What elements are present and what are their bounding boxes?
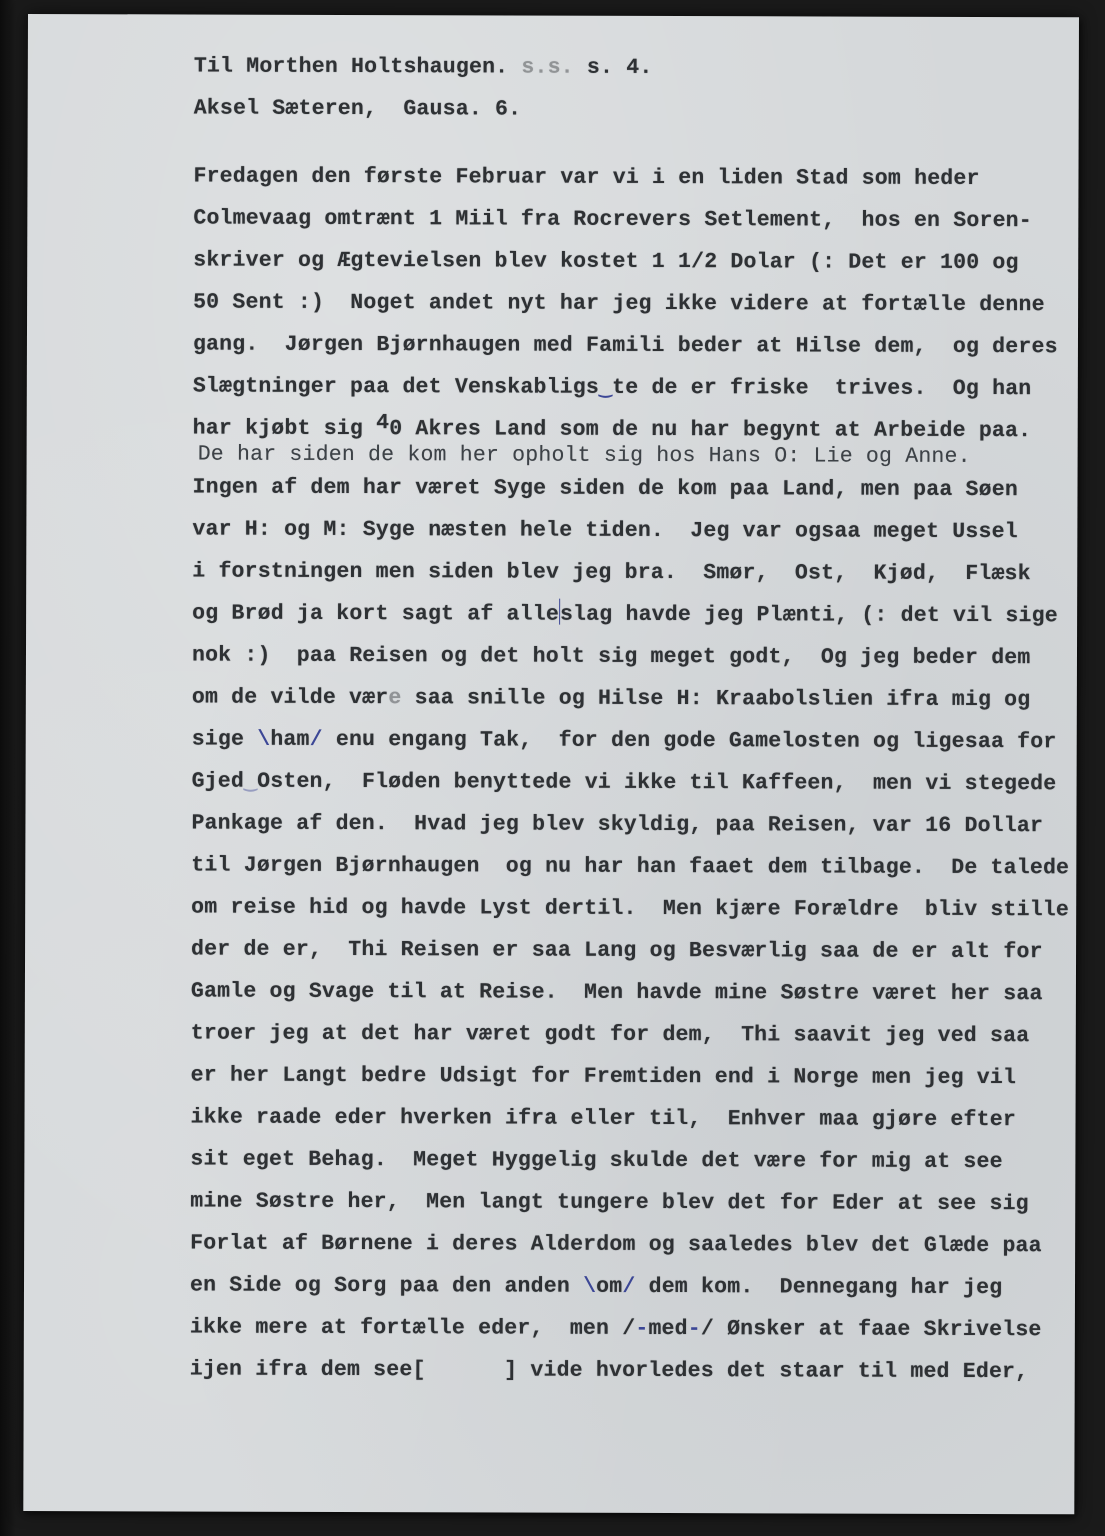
letter-page: Til Morthen Holtshaugen. s.s. s. 4.Aksel… [23,14,1079,1514]
text-segment: en Side og Sorg paa den anden [190,1274,583,1299]
text-segment: te de er friske trives. Og han [612,376,1031,401]
text-segment: De har siden de kom her opholt sig hos H… [185,442,971,468]
text-segment: saa snille og Hilse H: Kraabolslien ifra… [401,686,1030,712]
text-segment: Osten, Fløden benyttede vi ikke til Kaff… [257,770,1056,797]
text-line: sit eget Behag. Meget Hyggelig skulde de… [190,1139,1049,1184]
text-segment: 50 Sent :) Noget andet nyt har jeg ikke … [193,291,1045,318]
text-segment: e [388,686,401,710]
text-segment: der de er, Thi Reisen er saa Lang og Bes… [191,938,1043,965]
text-segment: Pankage af den. Hvad jeg blev skyldig, p… [191,812,1043,839]
ink-annotation: - [635,1317,648,1341]
text-segment: / Ønsker at faae Skrivelse [701,1317,1042,1342]
text-line: mine Søstre her, Men langt tungere blev … [190,1181,1049,1226]
text-segment: i forstningen men siden blev jeg bra. Sm… [192,560,1031,587]
text-segment: Forlat af Børnene i deres Alderdom og sa… [190,1232,1042,1259]
text-line: sige \ham/ enu engang Tak, for den gode … [192,719,1051,764]
ink-annotation: \ [257,728,270,752]
text-line: Aksel Sæteren, Gausa. 6. [194,88,1053,133]
text-line: ijen ifra dem see[ ] vide hvorledes det … [190,1349,1049,1394]
text-line: i forstningen men siden blev jeg bra. Sm… [192,551,1051,596]
text-segment: om [596,1275,622,1299]
text-segment: Gjed [192,770,244,794]
text-segment: troer jeg at det har været godt for dem,… [191,1022,1030,1049]
text-line: Gjed‿Osten, Fløden benyttede vi ikke til… [192,761,1051,806]
ink-annotation: - [688,1317,701,1341]
text-segment: Ingen af dem har været Syge siden de kom… [192,476,1018,503]
text-segment: med [648,1317,687,1341]
text-segment: mine Søstre her, Men langt tungere blev … [190,1190,1029,1217]
text-segment: ham [270,728,309,752]
text-segment: nok :) paa Reisen og det holt sig meget … [192,644,1031,671]
text-segment: til Jørgen Bjørnhaugen og nu har han faa… [191,854,1069,881]
text-line: ikke mere at fortælle eder, men /-med-/ … [190,1307,1049,1352]
text-segment: gang. Jørgen Bjørnhaugen med Famili bede… [193,333,1058,360]
text-line: Slægtninger paa det Venskabligs‿te de er… [193,366,1052,411]
text-line: 50 Sent :) Noget andet nyt har jeg ikke … [193,282,1052,327]
text-segment: enu engang Tak, for den gode Gamelosten … [323,728,1057,754]
text-line: Ingen af dem har været Syge siden de kom… [192,467,1051,512]
text-segment: dem kom. Dennegang har jeg [635,1275,1002,1300]
ink-annotation: ‿ [599,376,612,400]
text-segment: om reise hid og havde Lyst dertil. Men k… [191,896,1069,923]
letter-body: Til Morthen Holtshaugen. s.s. s. 4.Aksel… [190,46,1053,1394]
text-line: Colmevaag omtrænt 1 Miil fra Rocrevers S… [193,198,1052,243]
text-segment: ikke mere at fortælle eder, men / [190,1316,636,1341]
text-line: troer jeg at det har været godt for dem,… [191,1013,1050,1058]
text-segment: og Brød ja kort sagt af alle [192,602,559,627]
text-line: Til Morthen Holtshaugen. s.s. s. 4. [194,46,1053,91]
ink-annotation: ‿ [244,770,257,794]
text-line: om reise hid og havde Lyst dertil. Men k… [191,887,1050,932]
text-line: skriver og Ægtevielsen blev kostet 1 1/2… [193,240,1052,285]
text-line: er her Langt bedre Udsigt for Fremtiden … [191,1055,1050,1100]
text-segment: Gamle og Svage til at Reise. Men havde m… [191,980,1043,1007]
ink-annotation: \ [583,1275,596,1299]
text-segment: skriver og Ægtevielsen blev kostet 1 1/2… [193,249,1019,276]
text-line: om de vilde være saa snille og Hilse H: … [192,677,1051,722]
text-line: har kjøbt sig 40 Akres Land som de nu ha… [193,408,1052,447]
text-segment: slag havde jeg Plænti, (: det vil sige [560,603,1058,629]
text-segment: var H: og M: Syge næsten hele tiden. Jeg… [192,518,1018,545]
text-line: De har siden de kom her opholt sig hos H… [185,443,1052,469]
text-segment: Fredagen den første Februar var vi i en … [193,165,979,191]
text-segment: 4 [376,411,389,435]
text-line: der de er, Thi Reisen er saa Lang og Bes… [191,929,1050,974]
text-segment: s. 4. [574,56,653,80]
text-line: og Brød ja kort sagt af alleslag havde j… [192,593,1051,638]
text-line: Fredagen den første Februar var vi i en … [193,156,1052,201]
text-line: nok :) paa Reisen og det holt sig meget … [192,635,1051,680]
text-line: til Jørgen Bjørnhaugen og nu har han faa… [191,845,1050,890]
text-segment: ijen ifra dem see[ ] vide hvorledes det … [190,1358,1029,1385]
text-segment: s.s. [521,56,573,80]
text-line: gang. Jørgen Bjørnhaugen med Famili bede… [193,324,1052,369]
text-segment: om de vilde vær [192,686,389,711]
text-line: en Side og Sorg paa den anden \om/ dem k… [190,1265,1049,1310]
text-line: ikke raade eder hverken ifra eller til, … [190,1097,1049,1142]
text-segment: Til Morthen Holtshaugen. [194,55,522,80]
ink-annotation: / [622,1275,635,1299]
text-segment: er her Langt bedre Udsigt for Fremtiden … [191,1064,1017,1091]
text-segment: Colmevaag omtrænt 1 Miil fra Rocrevers S… [193,207,1032,234]
text-line: Pankage af den. Hvad jeg blev skyldig, p… [191,803,1050,848]
text-segment: ikke raade eder hverken ifra eller til, … [190,1106,1016,1133]
text-segment: Slægtninger paa det Venskabligs [193,375,599,400]
ink-annotation: / [310,728,323,752]
text-line: Gamle og Svage til at Reise. Men havde m… [191,971,1050,1016]
text-line: Forlat af Børnene i deres Alderdom og sa… [190,1223,1049,1268]
text-segment: 0 Akres Land som de nu har begynt at Arb… [389,417,1031,443]
text-line: var H: og M: Syge næsten hele tiden. Jeg… [192,509,1051,554]
text-segment: har kjøbt sig [193,417,377,442]
text-segment: sit eget Behag. Meget Hyggelig skulde de… [190,1148,1002,1175]
text-segment: Aksel Sæteren, Gausa. 6. [194,97,522,122]
text-segment: sige [192,728,258,752]
